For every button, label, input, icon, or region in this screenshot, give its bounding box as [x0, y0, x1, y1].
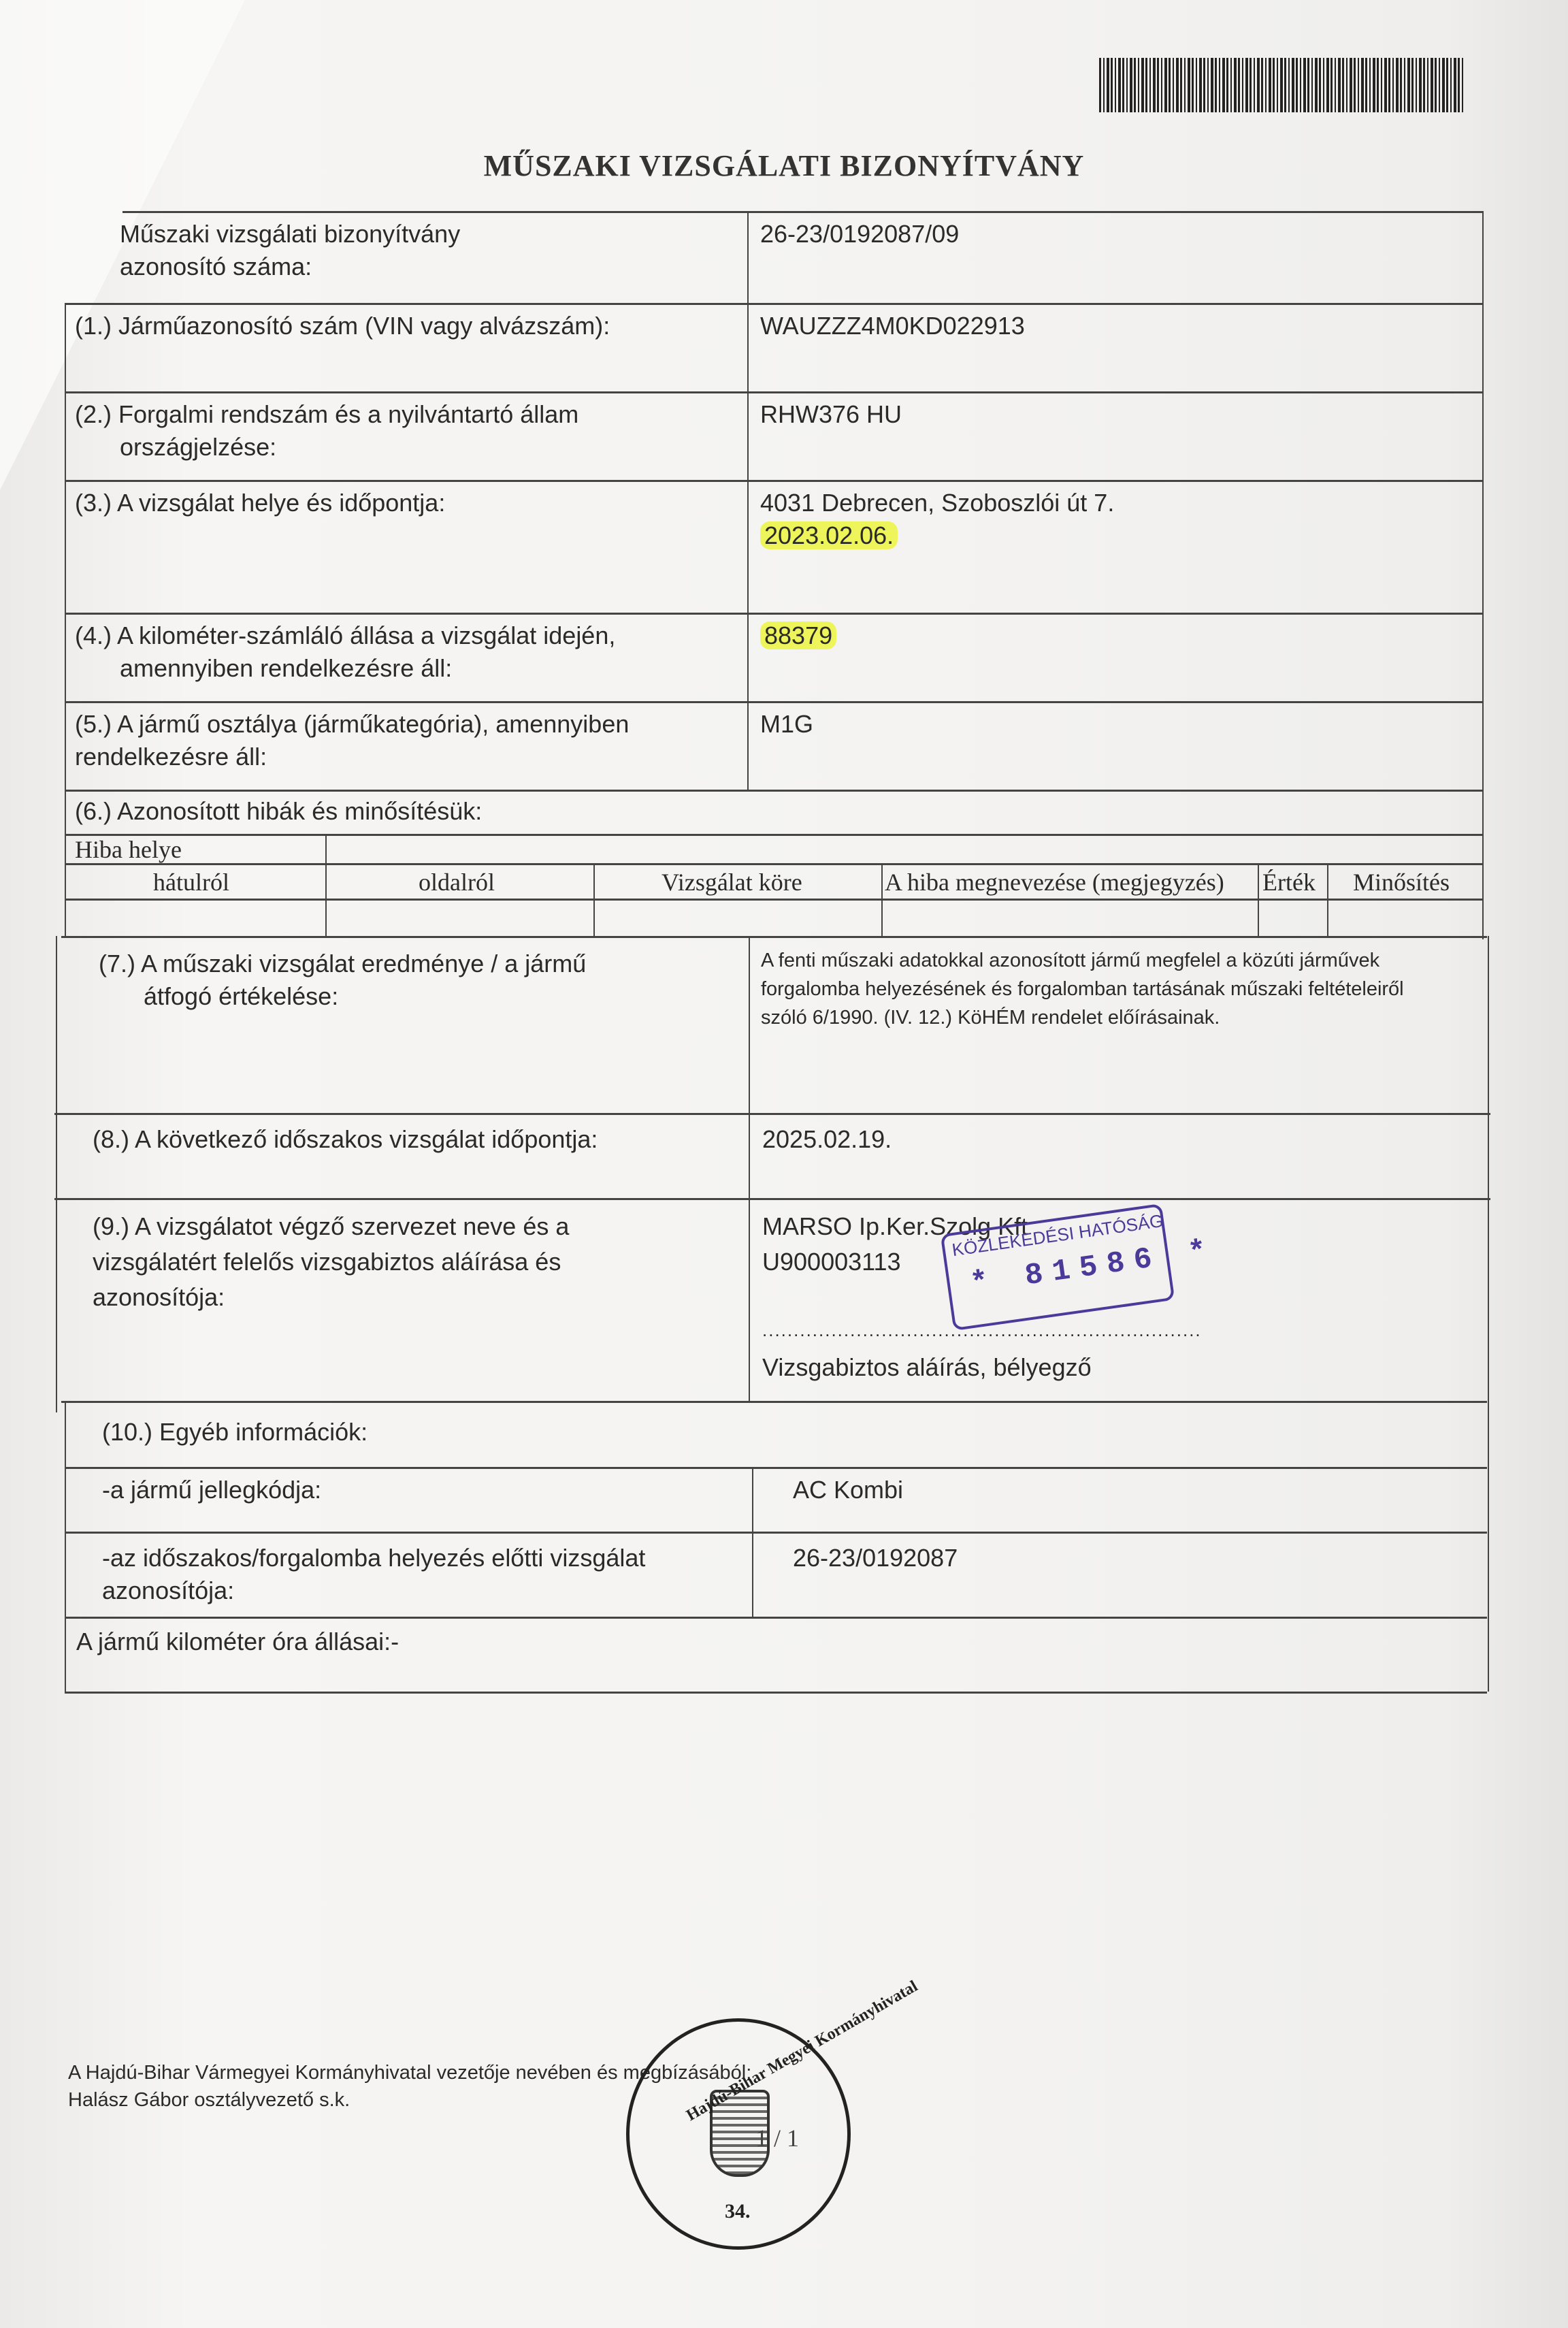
result-value: A fenti műszaki adatokkal azonosított já… [761, 946, 1404, 1032]
place-date-value: 4031 Debrecen, Szoboszlói út 7. 2023.02.… [760, 487, 1114, 552]
cert-id-label: Műszaki vizsgálati bizonyítványazonosító… [120, 218, 460, 283]
government-seal: Hajdú-Bihar Megyei Kormányhivatal 34. [626, 2018, 851, 2250]
prior-id-label: -az időszakos/forgalomba helyezés előtti… [102, 1542, 645, 1607]
table-divider [61, 936, 1487, 938]
barcode [1099, 58, 1463, 112]
next-inspection-label: (8.) A következő időszakos vizsgálat idő… [93, 1123, 598, 1156]
table-divider [65, 391, 1484, 393]
document-title: MŰSZAKI VIZSGÁLATI BIZONYÍTVÁNY [0, 148, 1568, 183]
signature-caption: Vizsgabiztos aláírás, bélyegző [762, 1351, 1092, 1384]
table-border [65, 1692, 1487, 1694]
table-border [122, 211, 1484, 213]
prior-id-value: 26-23/0192087 [793, 1542, 958, 1574]
table-divider [65, 790, 1484, 792]
col-header-scope: Vizsgálat köre [661, 866, 802, 899]
table-divider [65, 480, 1484, 482]
place-date-label: (3.) A vizsgálat helye és időpontja: [75, 487, 445, 519]
column-divider [881, 863, 883, 936]
col-header-side: oldalról [419, 866, 495, 899]
other-info-heading: (10.) Egyéb információk: [102, 1416, 367, 1449]
next-inspection-value: 2025.02.19. [762, 1123, 892, 1156]
odometer-value: 88379 [760, 619, 836, 652]
table-divider [65, 834, 1484, 836]
table-divider [61, 1401, 1487, 1403]
table-divider [65, 701, 1484, 703]
cert-id-value: 26-23/0192087/09 [760, 218, 959, 250]
table-divider [65, 613, 1484, 615]
page-number: 1 / 1 [755, 2124, 799, 2152]
table-border [65, 1401, 66, 1692]
defects-heading: (6.) Azonosított hibák és minősítésük: [75, 795, 482, 828]
vehicle-class-value: M1G [760, 708, 813, 741]
col-header-rating: Minősítés [1353, 866, 1450, 899]
table-divider [65, 863, 1484, 865]
table-border [65, 303, 66, 936]
table-divider [65, 1532, 1487, 1534]
col-header-rear: hátulról [153, 866, 229, 899]
table-border [56, 936, 57, 1412]
result-label: (7.) A műszaki vizsgálat eredménye / a j… [99, 948, 586, 1013]
vin-value: WAUZZZ4M0KD022913 [760, 310, 1025, 342]
vehicle-code-value: AC Kombi [793, 1474, 903, 1506]
column-divider [749, 936, 750, 1402]
column-divider [593, 863, 595, 936]
odometer-history-label: A jármű kilométer óra állásai:- [76, 1626, 399, 1658]
vin-label: (1.) Járműazonosító szám (VIN vagy alváz… [75, 310, 610, 342]
col-header-value: Érték [1262, 866, 1316, 899]
table-divider [54, 1113, 1490, 1115]
column-divider [325, 834, 327, 936]
table-divider [65, 1617, 1487, 1619]
table-divider [65, 1467, 1487, 1469]
seal-number: 34. [725, 2200, 751, 2223]
plate-label: (2.) Forgalmi rendszám és a nyilvántartó… [75, 398, 578, 464]
inspector-label: (9.) A vizsgálatot végző szervezet neve … [93, 1209, 569, 1315]
vehicle-class-label: (5.) A jármű osztálya (járműkategória), … [75, 708, 629, 773]
defect-location-header: Hiba helye [75, 833, 182, 866]
col-header-defect-name: A hiba megnevezése (megjegyzés) [885, 866, 1224, 899]
column-divider [1327, 863, 1328, 936]
vehicle-code-label: -a jármű jellegkódja: [102, 1474, 321, 1506]
table-divider [65, 899, 1484, 901]
odometer-label: (4.) A kilométer-számláló állása a vizsg… [75, 619, 615, 685]
table-divider [54, 1198, 1490, 1200]
column-divider [1258, 863, 1259, 936]
column-divider [752, 1467, 753, 1617]
column-divider [747, 211, 749, 790]
table-divider [65, 303, 1484, 305]
table-border [1488, 936, 1489, 1692]
plate-value: RHW376 HU [760, 398, 902, 431]
inspection-date-highlight: 2023.02.06. [760, 521, 898, 549]
table-border [1482, 211, 1484, 939]
